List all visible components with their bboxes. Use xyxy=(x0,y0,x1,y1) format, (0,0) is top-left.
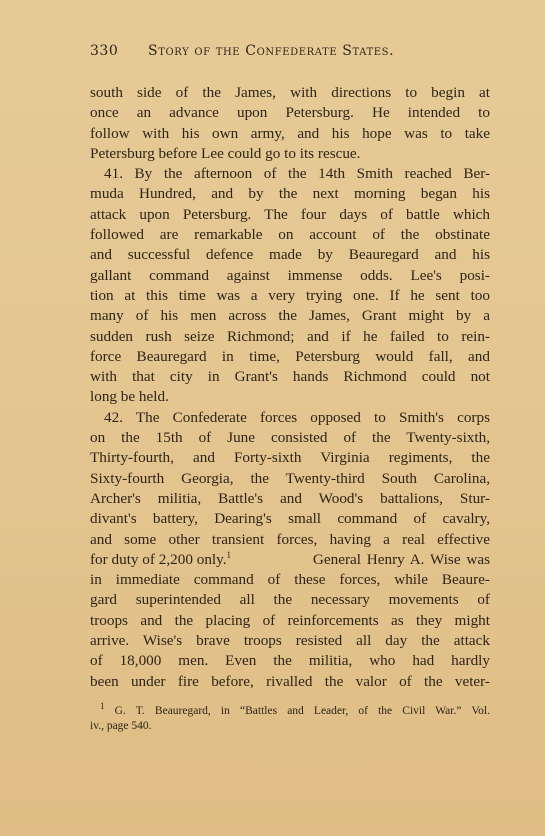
text-line: of 18,000 men. Even the militia, who had… xyxy=(90,651,490,671)
text-line: follow with his own army, and his hope w… xyxy=(90,124,490,144)
footnote-line: 1 G. T. Beauregard, in “Battles and Lead… xyxy=(90,704,490,719)
footnote: 1 G. T. Beauregard, in “Battles and Lead… xyxy=(90,704,490,734)
text-line: many of his men across the James, Grant … xyxy=(90,306,490,326)
text-line: Petersburg before Lee could go to its re… xyxy=(90,144,490,164)
page-number: 330 xyxy=(90,43,118,59)
text-line: and successful defence made by Beauregar… xyxy=(90,245,490,265)
text-line: sudden rush seize Richmond; and if he fa… xyxy=(90,327,490,347)
text-line: force Beauregard in time, Petersburg wou… xyxy=(90,347,490,367)
text-line: been under fire before, rivalled the val… xyxy=(90,672,490,692)
text-line: arrive. Wise's brave troops resisted all… xyxy=(90,631,490,651)
body-text: south side of the James, with directions… xyxy=(90,83,490,692)
text-line: Archer's militia, Battle's and Wood's ba… xyxy=(90,489,490,509)
running-head: 330 Story of the Confederate States. xyxy=(90,43,510,63)
paragraph-41-start: 41. By the afternoon of the 14th Smith r… xyxy=(90,164,490,184)
text-segment: for duty of 2,200 only.1 xyxy=(90,550,231,570)
text-line: gard superintended all the necessary mov… xyxy=(90,590,490,610)
text-line: tion at this time was a very trying one.… xyxy=(90,286,490,306)
text-line: attack upon Petersburg. The four days of… xyxy=(90,205,490,225)
running-head-title: Story of the Confederate States. xyxy=(148,43,394,59)
text-fragment: General Henry A. Wise was xyxy=(313,550,490,570)
footnote-marker: 1 xyxy=(100,701,105,711)
text-line: muda Hundred, and by the next morning be… xyxy=(90,184,490,204)
text-line: Thirty-fourth, and Forty-sixth Virginia … xyxy=(90,448,490,468)
text-line: with that city in Grant's hands Richmond… xyxy=(90,367,490,387)
text-line: and some other transient forces, having … xyxy=(90,530,490,550)
text-line: on the 15th of June consisted of the Twe… xyxy=(90,428,490,448)
footnote-line: iv., page 540. xyxy=(90,719,490,734)
footnote-text: G. T. Beauregard, in “Battles and Leader… xyxy=(115,705,490,717)
text-line: once an advance upon Petersburg. He inte… xyxy=(90,103,490,123)
text-line-with-footnote: for duty of 2,200 only.1 General Henry A… xyxy=(90,550,490,570)
footnote-reference[interactable]: 1 xyxy=(227,550,232,560)
text-line: south side of the James, with directions… xyxy=(90,83,490,103)
text-line: followed are remarkable on account of th… xyxy=(90,225,490,245)
text-line: divant's battery, Dearing's small comman… xyxy=(90,509,490,529)
text-fragment: for duty of 2,200 only. xyxy=(90,551,227,568)
text-line: long be held. xyxy=(90,387,490,407)
paragraph-42-start: 42. The Confederate forces opposed to Sm… xyxy=(90,408,490,428)
text-line: Sixty-fourth Georgia, the Twenty-third S… xyxy=(90,469,490,489)
text-line: in immediate command of these forces, wh… xyxy=(90,570,490,590)
text-line: gallant command against immense odds. Le… xyxy=(90,266,490,286)
book-page: 330 Story of the Confederate States. sou… xyxy=(0,0,545,836)
text-line: troops and the placing of reinforcements… xyxy=(90,611,490,631)
